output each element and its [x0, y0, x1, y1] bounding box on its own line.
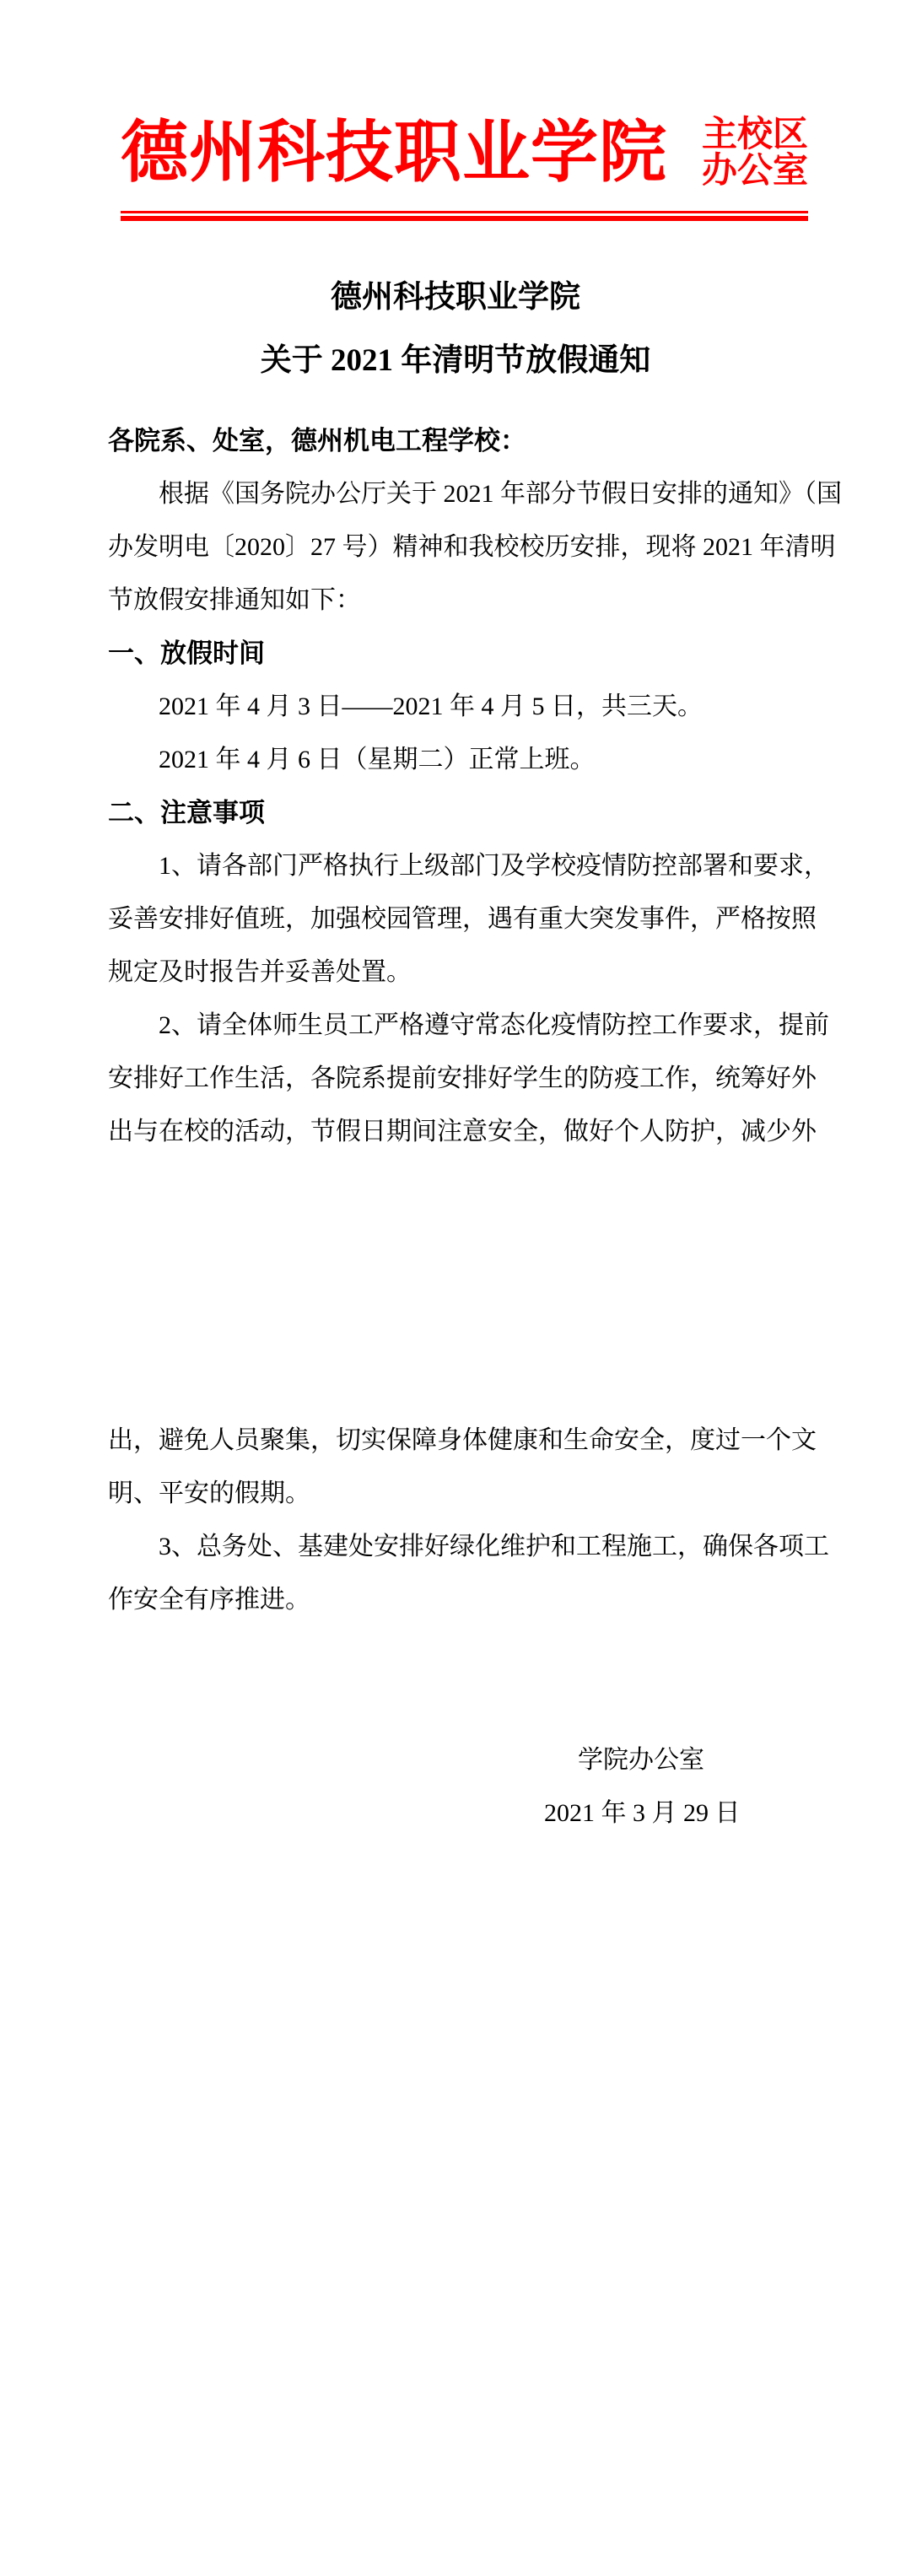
document-title: 德州科技职业学院 关于 2021 年清明节放假通知	[0, 278, 911, 380]
body-line: 3、总务处、基建处安排好绿化维护和工程施工，确保各项工	[108, 1520, 808, 1573]
signature-block: 学院办公室 2021 年 3 月 29 日	[544, 1733, 738, 1840]
body-line: 2021 年 4 月 6 日（星期二）正常上班。	[108, 733, 808, 786]
page-break-gap	[108, 1158, 808, 1414]
body-line: 节放假安排通知如下：	[108, 574, 808, 627]
body-line: 妥善安排好值班，加强校园管理，遇有重大突发事件，严格按照	[108, 892, 808, 946]
notice-document-page: 德州科技职业学院 主校区 办公室 德州科技职业学院 关于 2021 年清明节放假…	[0, 0, 911, 2576]
letterhead-office-line1: 主校区	[702, 117, 808, 154]
body-line: 规定及时报告并妥善处置。	[108, 946, 808, 999]
body-line: 2021 年 4 月 3 日——2021 年 4 月 5 日，共三天。	[108, 680, 808, 733]
body-line: 出与在校的活动，节假日期间注意安全，做好个人防护，减少外	[108, 1105, 808, 1158]
body-section-heading: 一、放假时间	[108, 627, 808, 680]
letterhead-office-line2: 办公室	[702, 154, 808, 190]
signature-date: 2021 年 3 月 29 日	[544, 1786, 738, 1840]
body-line: 2、请全体师生员工严格遵守常态化疫情防控工作要求，提前	[108, 999, 808, 1052]
letterhead-divider-rule	[121, 211, 808, 221]
document-title-line1: 德州科技职业学院	[0, 278, 911, 317]
notice-body: 各院系、处室，德州机电工程学校： 根据《国务院办公厅关于 2021 年部分节假日…	[108, 414, 808, 1626]
body-line: 1、请各部门严格执行上级部门及学校疫情防控部署和要求，	[108, 839, 808, 892]
body-line: 明、平安的假期。	[108, 1467, 808, 1520]
body-line: 根据《国务院办公厅关于 2021 年部分节假日安排的通知》（国	[108, 467, 808, 520]
body-section-heading: 二、注意事项	[108, 786, 808, 839]
letterhead-org-name: 德州科技职业学院	[121, 116, 667, 191]
body-line: 作安全有序推进。	[108, 1573, 808, 1626]
body-line: 安排好工作生活，各院系提前安排好学生的防疫工作，统筹好外	[108, 1052, 808, 1105]
body-line-salutation: 各院系、处室，德州机电工程学校：	[108, 414, 808, 467]
signature-name: 学院办公室	[544, 1733, 738, 1786]
body-line: 办发明电〔2020〕27 号）精神和我校校历安排，现将 2021 年清明	[108, 520, 808, 574]
letterhead: 德州科技职业学院 主校区 办公室	[121, 116, 808, 191]
body-line: 出，避免人员聚集，切实保障身体健康和生命安全，度过一个文	[108, 1414, 808, 1467]
letterhead-office-block: 主校区 办公室	[702, 117, 808, 190]
document-title-line2: 关于 2021 年清明节放假通知	[0, 342, 911, 380]
